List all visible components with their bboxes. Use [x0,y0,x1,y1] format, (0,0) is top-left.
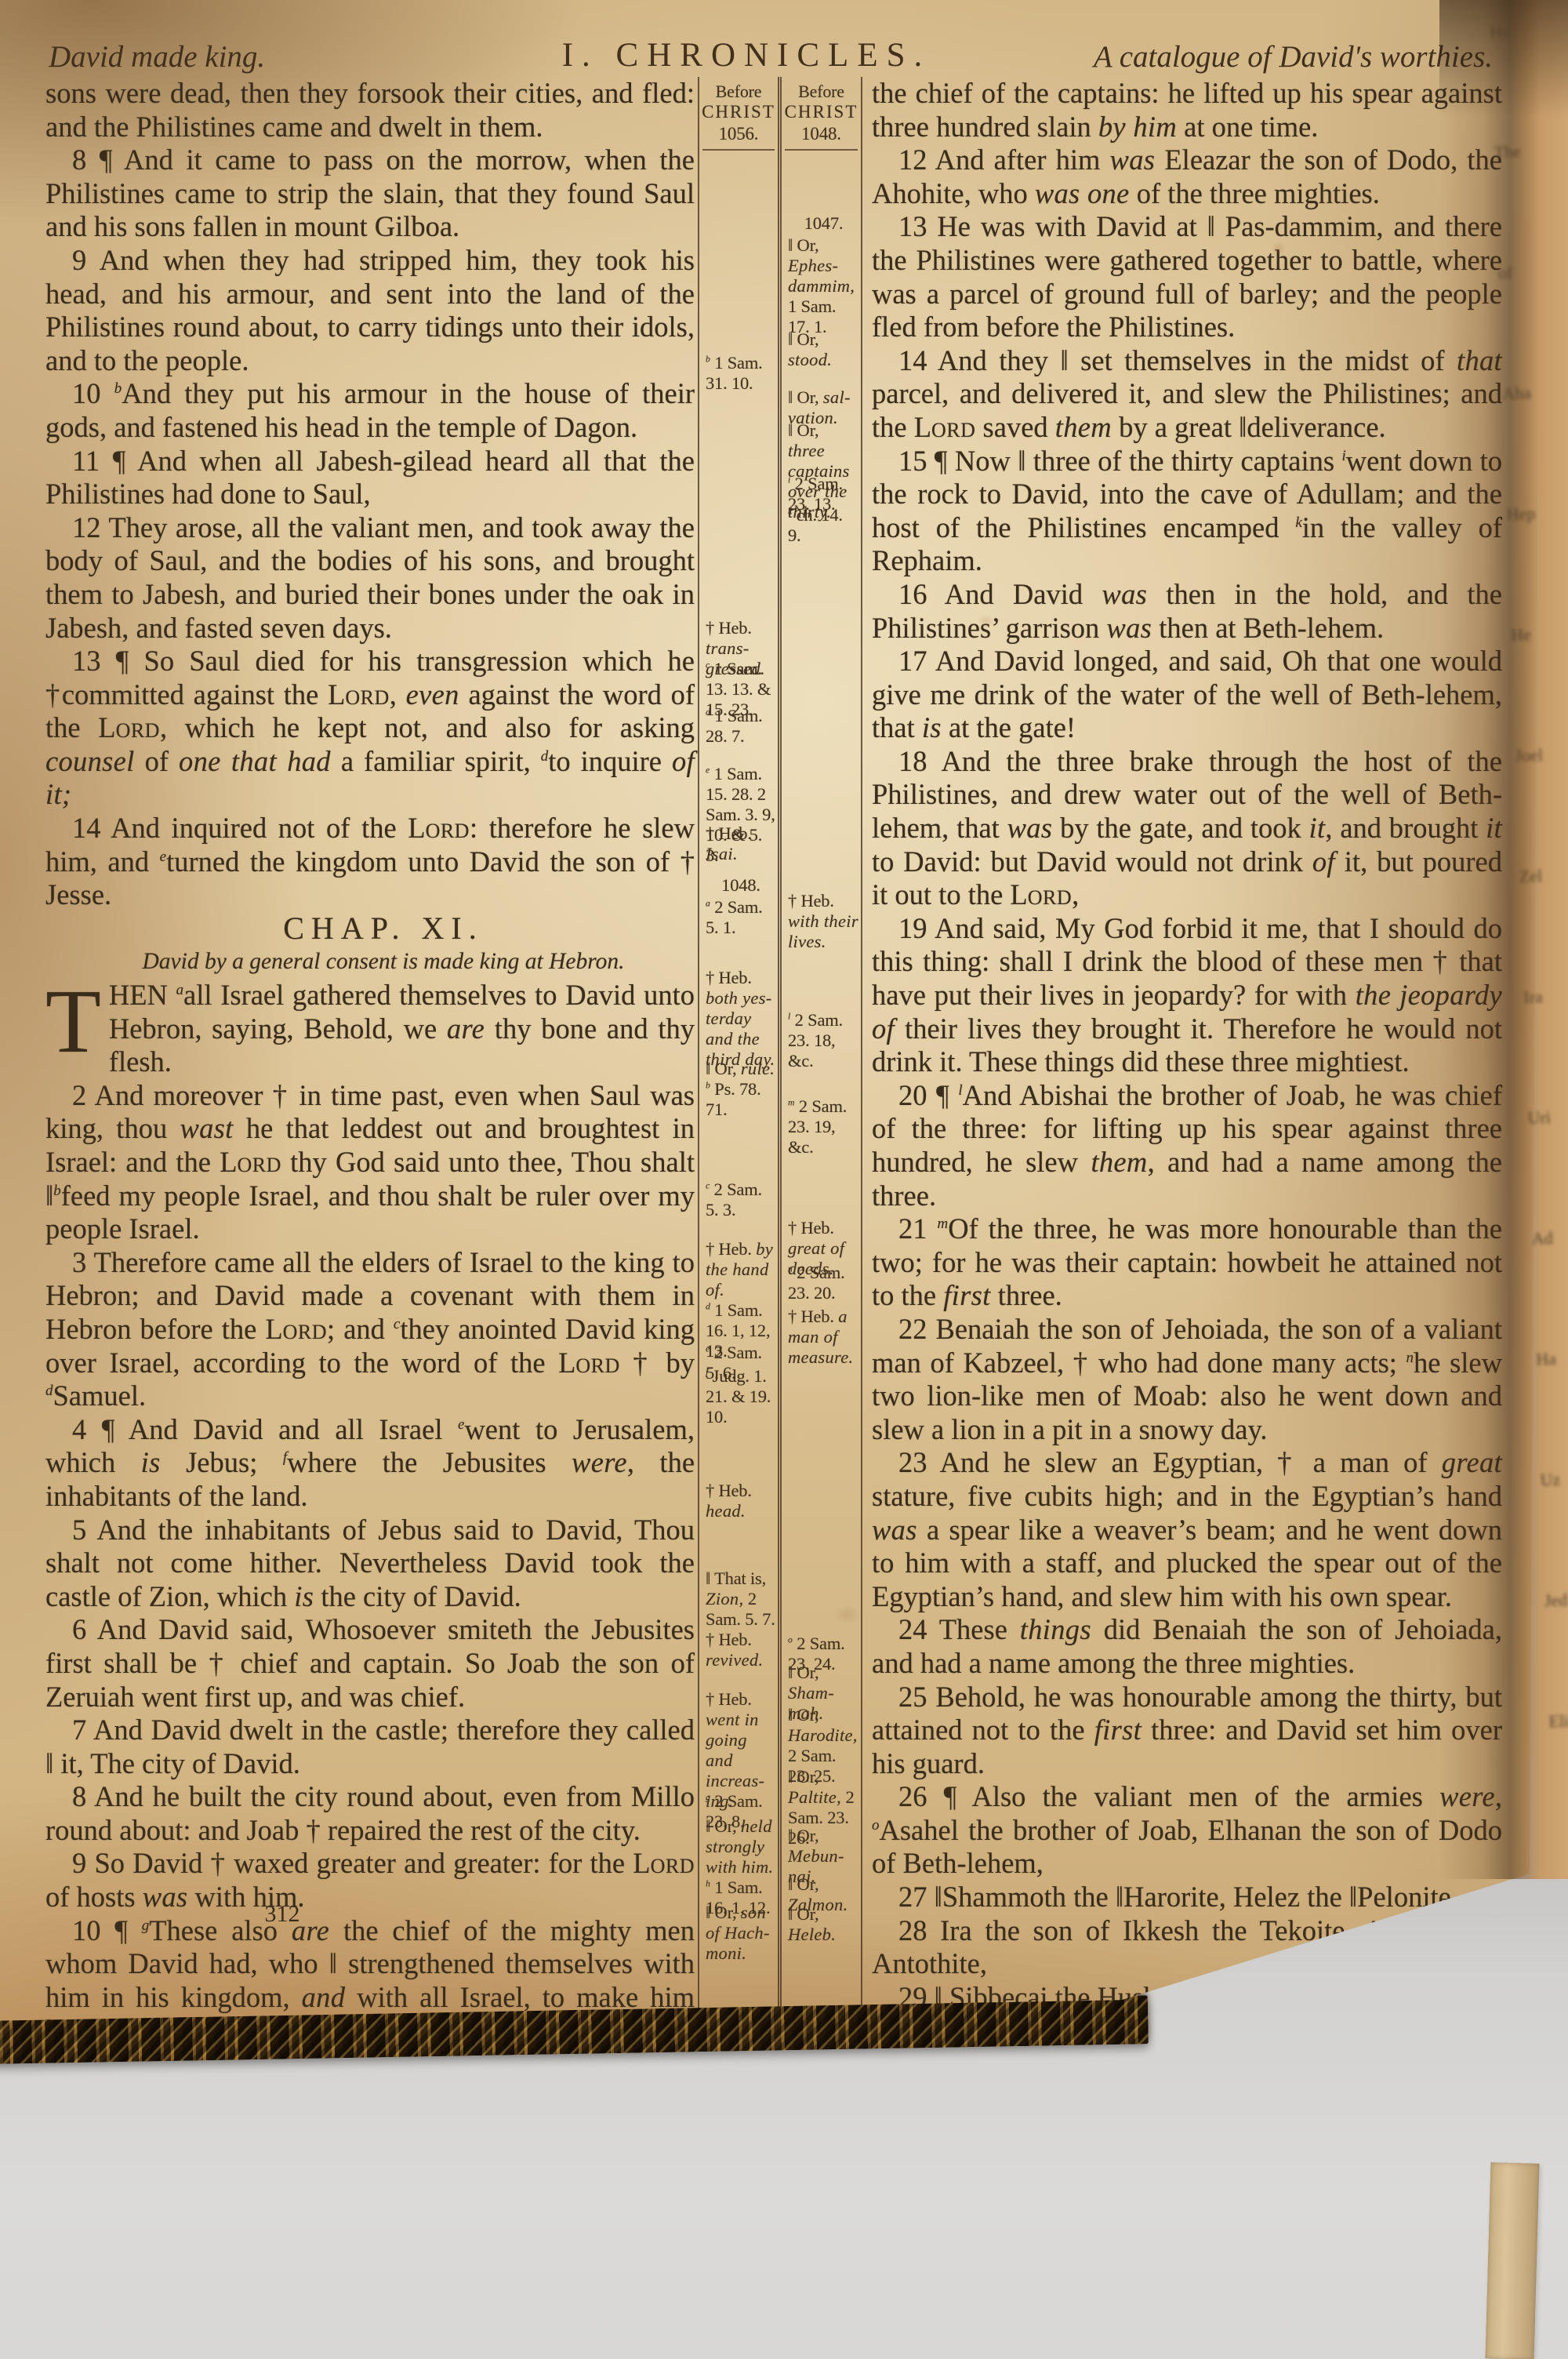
margin-note: m 2 Sam. 23. 19, &c. [788,1096,859,1158]
verse-paragraph: 22 Benaiah the son of Jehoiada, the son … [872,1313,1502,1446]
verse-paragraph: 18 And the three brake through the host … [872,745,1502,912]
verse-paragraph: 11 ¶ And when all Jabesh-gilead heard al… [45,445,695,511]
verse-paragraph: 11 And this is the number of the mighty … [45,2081,695,2148]
before-label: Before [699,82,778,102]
verse-paragraph: sons were dead, then they forsook their … [45,77,695,144]
page-number: 312 [125,1901,439,1928]
verse-paragraph: 25 Behold, he was honourable among the t… [872,1681,1502,1781]
margin-note: † Heb. by the hand of. [706,1239,776,1300]
verse-paragraph: 2 And moreover † in time past, even when… [45,1079,695,1246]
verse-paragraph: 4 ¶ And David and all Israel ewent to Je… [45,1413,695,1514]
christ-label: CHRIST [699,102,778,122]
facing-page-word: Uz [1540,1469,1568,1491]
margin-note: 1048. [706,875,776,896]
margin-note: ‖ Or, Heleb. [788,1904,859,1945]
verse-paragraph-dropcap: THEN aall Israel gathered themselves to … [45,979,695,1079]
margin-notes-right: Before CHRIST 1048. 1047. ‖ Or, Ephes-da… [778,77,862,2148]
before-christ-header: Before CHRIST 1048. [782,82,861,151]
margin-note: ‖ Or, stood. [788,329,859,370]
margin-note: † Heb. Isai. [706,823,776,864]
margin-note: ‖ Or, son of Hach-moni. [706,1903,776,1964]
verse-paragraph: 17 And David longed, and said, Oh that o… [872,645,1502,745]
verse-paragraph: 13 He was with David at ‖ Pas-dammim, an… [872,210,1502,343]
verse-paragraph: 21 mOf the three, he was more honourable… [872,1212,1502,1313]
facing-page-word: Eli [1548,1710,1568,1732]
text-columns: sons were dead, then they forsook their … [45,77,1502,1915]
verse-paragraph: 6 And David said, Whosoever smiteth the … [45,1613,695,1714]
margin-note: ‖ Or, held strongly with him. [706,1816,776,1877]
verse-paragraph: 7 And David dwelt in the castle; therefo… [45,1714,695,1780]
running-head-right: A catalogue of David's worthies. [1094,39,1493,75]
verse-paragraph: 8 And he built the city round about, eve… [45,1780,695,1847]
verse-paragraph: the chief of the captains: he lifted up … [872,77,1502,144]
margin-note: † Heb. a man of measure. [788,1307,859,1368]
margin-note: ‖ Or, rule. b Ps. 78. 71. [706,1059,776,1120]
verse-paragraph: 31 Ithai the son of Ribai of Gibeah, tha… [872,2081,1502,2148]
margin-note: ‖ That is, Zion, 2 Sam. 5. 7. [706,1568,776,1630]
facing-page-word: Ha [1536,1348,1568,1370]
verse-paragraph: 23 And he slew an Egyptian, † a man of g… [872,1446,1502,1613]
margin-note: k ch. 14. 9. [788,505,859,546]
verse-paragraph: 19 And said, My God forbid it me, that I… [872,912,1502,1079]
margin-note: 1047. [788,213,859,234]
margin-note: † Heb. both yes-terday and the third day… [706,968,776,1070]
header-rule [785,149,858,151]
header-rule [702,149,775,151]
chapter-summary: David by a general consent is made king … [45,945,695,979]
before-christ-header: Before CHRIST 1056. [699,82,778,151]
verse-paragraph: 5 And the inhabitants of Jebus said to D… [45,1514,695,1614]
bible-page: David made king. I. CHRONICLES. A catalo… [0,0,1541,2070]
verse-paragraph: 3 Therefore came all the elders of Israe… [45,1246,695,1413]
facing-page-word: Jed [1544,1589,1568,1611]
left-text-column: sons were dead, then they forsook their … [45,77,698,2148]
chapter-heading: CHAP. XI. [45,912,695,946]
margin-note: a 2 Sam. 5. 1. [706,897,776,938]
verse-paragraph: 13 ¶ So Saul died for his transgression … [45,645,695,812]
verse-paragraph: 15 ¶ Now ‖ three of the thirty captains … [872,445,1502,578]
verse-paragraph: 24 These things did Benaiah the son of J… [872,1613,1502,1680]
christ-label: CHRIST [782,102,861,122]
verse-paragraph: 12 And after him was Eleazar the son of … [872,144,1502,210]
verse-paragraph: 12 They arose, all the valiant men, and … [45,511,695,645]
margin-note: d 1 Sam. 28. 7. [706,706,776,747]
verse-paragraph: 14 And they ‖ set themselves in the mids… [872,344,1502,445]
margin-note: b 1 Sam. 31. 10. [706,353,776,394]
running-head: David made king. I. CHRONICLES. A catalo… [45,33,1502,83]
verse-paragraph: 27 ‖Shammoth the ‖Harorite, Helez the ‖P… [872,1881,1502,1914]
verse-paragraph: 8 ¶ And it came to pass on the morrow, w… [45,144,695,244]
margin-note: † Heb. revived. [706,1630,776,1670]
margin-note: † Heb. head. [706,1481,776,1521]
facing-page-word: Ad [1531,1227,1568,1249]
before-label: Before [782,82,861,102]
verse-paragraph: 26 ¶ Also the valiant men of the armies … [872,1780,1502,1881]
margin-notes-left: Before CHRIST 1056. b 1 Sam. 31. 10. † H… [698,77,778,2148]
year-label: 1056. [699,124,778,144]
right-text-column: the chief of the captains: he lifted up … [862,77,1502,2148]
margin-note: l 2 Sam. 23. 18, &c. [788,1010,859,1071]
margin-note: † Heb. with their lives. [788,891,859,952]
verse-paragraph: 16 And David was then in the hold, and t… [872,578,1502,645]
year-label: 1048. [782,124,861,144]
margin-note: ‖ Or, Ephes-dammim, 1 Sam. 17. 1. [788,235,859,337]
margin-note: n 2 Sam. 23. 20. [788,1263,859,1303]
margin-note: c 2 Sam. 5. 3. [706,1179,776,1220]
photo-of-bible-page: { "header": { "left": "David made king."… [0,0,1568,2359]
verse-paragraph: 20 ¶ lAnd Abishai the brother of Joab, h… [872,1079,1502,1212]
margin-note: f Judg. 1. 21. & 19. 10. [706,1366,776,1427]
verse-paragraph: 9 And when they had stripped him, they t… [45,244,695,377]
bookmark-ribbon [1486,2162,1540,2359]
verse-paragraph: 10 bAnd they put his armour in the house… [45,377,695,444]
verse-paragraph: 28 Ira the son of Ikkesh the Tekoite, Ab… [872,1914,1502,1981]
verse-paragraph: 14 And inquired not of the Lord: therefo… [45,812,695,912]
